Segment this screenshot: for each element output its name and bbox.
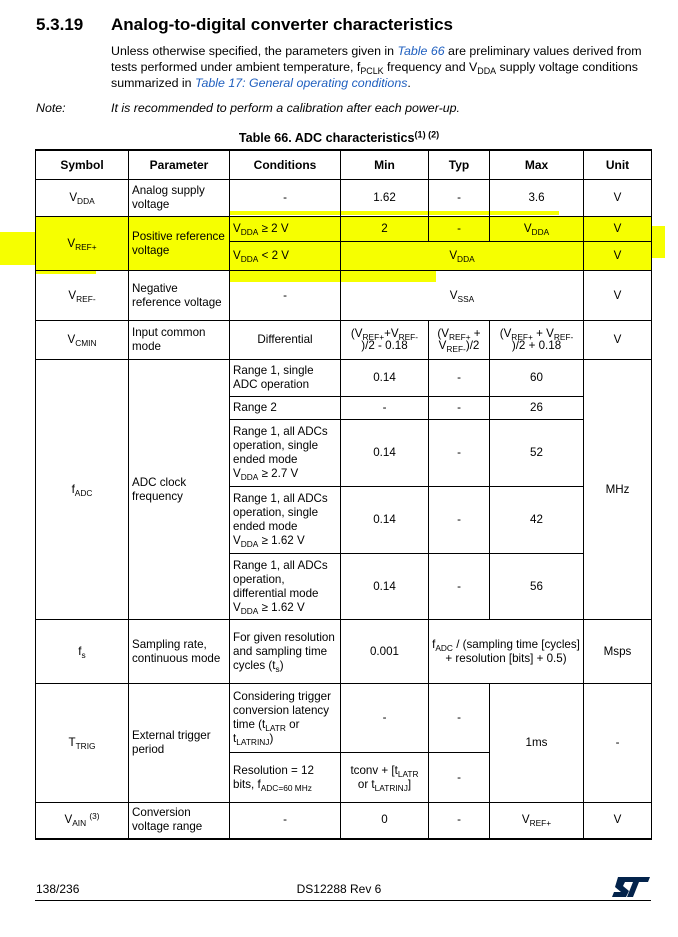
min-cell: - — [341, 684, 429, 753]
max-cell: 56 — [490, 554, 584, 620]
caption-footnotes: (1) (2) — [415, 129, 440, 139]
cond-text: Range 1, all ADCs operation, differentia… — [233, 559, 328, 600]
conditions-cell: For given resolution and sampling time c… — [230, 620, 341, 684]
st-logo-icon — [612, 877, 650, 897]
conditions-cell: - — [230, 271, 341, 321]
typ-cell: - — [429, 217, 490, 242]
typ-cell: - — [429, 487, 490, 554]
table-17-link[interactable]: Table 17: General operating conditions — [195, 76, 407, 90]
note-label: Note: — [36, 101, 66, 115]
section-title: Analog-to-digital converter characterist… — [111, 15, 453, 35]
subscript: DDA — [241, 539, 259, 549]
header-conditions: Conditions — [230, 150, 341, 180]
subscript: DDA — [241, 605, 259, 615]
parameter-cell: External trigger period — [129, 684, 230, 803]
conditions-cell: VDDA ≥ 2 V — [230, 217, 341, 242]
symbol: T — [68, 736, 75, 749]
subscript: DDA — [477, 66, 496, 76]
cond-text: < 2 V — [258, 249, 289, 262]
symbol-cell: VREF- — [36, 271, 129, 321]
cond-text: V — [233, 222, 241, 235]
subscript: LATRINJ — [375, 782, 408, 792]
intro-text: . — [407, 76, 410, 90]
conditions-cell: Range 1, all ADCs operation, single ende… — [230, 420, 341, 487]
cond-text: ) — [269, 732, 273, 745]
cond-text: ≥ 1.62 V — [258, 534, 304, 547]
highlight-mark — [651, 226, 665, 258]
max-cell: 26 — [490, 397, 584, 420]
parameter-cell: Input common mode — [129, 321, 230, 360]
symbol: V — [68, 289, 76, 302]
max-cell: 42 — [490, 487, 584, 554]
note-text: It is recommended to perform a calibrati… — [111, 101, 460, 115]
header-min: Min — [341, 150, 429, 180]
highlight-mark — [0, 232, 36, 265]
subscript: REF- — [76, 293, 95, 303]
min-text: tconv + [t — [350, 764, 397, 777]
symbol: V — [67, 237, 75, 250]
max-cell: VREF+ — [490, 803, 584, 839]
table-row-fadc: fADC ADC clock frequency Range 1, single… — [36, 360, 652, 397]
symbol-cell: VAIN (3) — [36, 803, 129, 839]
unit-cell: V — [584, 180, 652, 217]
intro-paragraph: Unless otherwise specified, the paramete… — [111, 43, 656, 91]
max-text: V — [522, 813, 530, 826]
table-row-fs: fs Sampling rate, continuous mode For gi… — [36, 620, 652, 684]
min-cell: - — [341, 397, 429, 420]
header-unit: Unit — [584, 150, 652, 180]
max-cell: 60 — [490, 360, 584, 397]
min-cell: 0.14 — [341, 554, 429, 620]
header-symbol: Symbol — [36, 150, 129, 180]
cond-text: Range 1, all ADCs operation, single ende… — [233, 425, 328, 466]
symbol-cell: VREF+ — [36, 217, 129, 271]
cond-text: V — [233, 601, 241, 614]
parameter-cell: Conversion voltage range — [129, 803, 230, 839]
value-cell: VDDA — [341, 242, 584, 271]
parameter-cell: Sampling rate, continuous mode — [129, 620, 230, 684]
symbol: V — [69, 191, 77, 204]
table-66-link[interactable]: Table 66 — [398, 44, 445, 58]
symbol-cell: VCMIN — [36, 321, 129, 360]
subscript: DDA — [241, 227, 259, 237]
table-row-vcmin: VCMIN Input common mode Differential (VR… — [36, 321, 652, 360]
typ-cell: - — [429, 180, 490, 217]
max-cell: 3.6 — [490, 180, 584, 217]
min-cell: 1.62 — [341, 180, 429, 217]
conditions-cell: Differential — [230, 321, 341, 360]
typ-cell: - — [429, 360, 490, 397]
cond-text: ) — [280, 659, 284, 672]
subscript: DDA — [77, 196, 95, 206]
table-row-ttrig: TTRIG External trigger period Considerin… — [36, 684, 652, 753]
parameter-cell: Analog supply voltage — [129, 180, 230, 217]
typ-cell: - — [429, 753, 490, 803]
section-number: 5.3.19 — [36, 15, 83, 35]
symbol-cell: VDDA — [36, 180, 129, 217]
symbol-cell: fs — [36, 620, 129, 684]
conditions-cell: Range 1, all ADCs operation, differentia… — [230, 554, 341, 620]
header-parameter: Parameter — [129, 150, 230, 180]
min-cell: 0.001 — [341, 620, 429, 684]
max-cell: 1ms — [490, 684, 584, 803]
min-cell: 2 — [341, 217, 429, 242]
cond-text: V — [233, 467, 241, 480]
subscript: LATRINJ — [236, 737, 269, 747]
cond-text: ≥ 1.62 V — [258, 601, 304, 614]
typ-cell: - — [429, 684, 490, 753]
max-cell: VDDA — [490, 217, 584, 242]
table-row-vain: VAIN (3) Conversion voltage range - 0 - … — [36, 803, 652, 839]
conditions-cell: VDDA < 2 V — [230, 242, 341, 271]
typ-cell: - — [429, 554, 490, 620]
subscript: REF+ — [530, 818, 552, 828]
formula-text: / (sampling time [cycles] + resolution [… — [445, 638, 579, 665]
unit-cell: - — [584, 684, 652, 803]
min-cell: 0.14 — [341, 420, 429, 487]
unit-cell: V — [584, 271, 652, 321]
subscript: ADC=60 MHz — [261, 782, 312, 792]
min-text: or t — [358, 778, 375, 791]
unit-cell: V — [584, 321, 652, 360]
subscript: ADC — [75, 487, 93, 497]
min-cell: 0.14 — [341, 487, 429, 554]
subscript: DDA — [532, 227, 550, 237]
max-text: V — [524, 222, 532, 235]
cond-text: ≥ 2.7 V — [258, 467, 298, 480]
typ-max-cell: fADC / (sampling time [cycles] + resolut… — [429, 620, 584, 684]
table-row-vrefp: VREF+ Positive reference voltage VDDA ≥ … — [36, 217, 652, 242]
subscript: TRIG — [76, 741, 96, 751]
unit-cell: MHz — [584, 360, 652, 620]
conditions-cell: Range 2 — [230, 397, 341, 420]
intro-text: frequency and V — [384, 60, 478, 74]
conditions-cell: Range 1, all ADCs operation, single ende… — [230, 487, 341, 554]
cond-text: For given resolution and sampling time c… — [233, 631, 335, 672]
cond-text: ≥ 2 V — [258, 222, 288, 235]
min-cell: 0.14 — [341, 360, 429, 397]
subscript: s — [82, 649, 86, 659]
conditions-cell: - — [230, 180, 341, 217]
subscript: AIN — [72, 818, 86, 828]
value-text: V — [450, 289, 458, 302]
header-typ: Typ — [429, 150, 490, 180]
cond-text: Range 1, all ADCs operation, single ende… — [233, 492, 328, 533]
min-cell: tconv + [tLATR or tLATRINJ] — [341, 753, 429, 803]
subscript: DDA — [241, 472, 259, 482]
value-cell: VSSA — [341, 271, 584, 321]
table-header-row: Symbol Parameter Conditions Min Typ Max … — [36, 150, 652, 180]
subscript: PCLK — [360, 66, 383, 76]
cond-text: V — [233, 534, 241, 547]
parameter-cell: Positive reference voltage — [129, 217, 230, 271]
parameter-cell: Negative reference voltage — [129, 271, 230, 321]
typ-cell: - — [429, 397, 490, 420]
symbol-cell: TTRIG — [36, 684, 129, 803]
typ-cell: - — [429, 803, 490, 839]
typ-cell: (VREF+ +VREF-)/2 — [429, 321, 490, 360]
unit-cell: V — [584, 242, 652, 271]
table-caption: Table 66. ADC characteristics(1) (2) — [0, 131, 678, 145]
table-row-vrefm: VREF- Negative reference voltage - VSSA … — [36, 271, 652, 321]
document-id: DS12288 Rev 6 — [0, 882, 678, 896]
subscript: DDA — [241, 254, 259, 264]
max-cell: 52 — [490, 420, 584, 487]
subscript: REF+ — [75, 241, 97, 251]
subscript: SSA — [458, 293, 475, 303]
parameter-cell: ADC clock frequency — [129, 360, 230, 620]
min-cell: (VREF++VREF-)/2 - 0.18 — [341, 321, 429, 360]
unit-cell: V — [584, 803, 652, 839]
conditions-cell: Range 1, single ADC operation — [230, 360, 341, 397]
min-cell: 0 — [341, 803, 429, 839]
subscript: DDA — [457, 254, 475, 264]
max-cell: (VREF+ + VREF-)/2 + 0.18 — [490, 321, 584, 360]
unit-cell: Msps — [584, 620, 652, 684]
typ-cell: - — [429, 420, 490, 487]
table-row-vdda: VDDA Analog supply voltage - 1.62 - 3.6 … — [36, 180, 652, 217]
adc-characteristics-table: Symbol Parameter Conditions Min Typ Max … — [35, 149, 652, 840]
footer-divider — [35, 900, 651, 901]
unit-cell: V — [584, 217, 652, 242]
intro-text: Unless otherwise specified, the paramete… — [111, 44, 398, 58]
symbol-cell: fADC — [36, 360, 129, 620]
footnote-ref: (3) — [89, 811, 99, 821]
conditions-cell: Resolution = 12 bits, fADC=60 MHz — [230, 753, 341, 803]
value-text: V — [449, 249, 457, 262]
subscript: CMIN — [75, 338, 96, 348]
caption-text: Table 66. ADC characteristics — [239, 131, 415, 145]
conditions-cell: - — [230, 803, 341, 839]
conditions-cell: Considering trigger conversion latency t… — [230, 684, 341, 753]
header-max: Max — [490, 150, 584, 180]
min-text: ] — [408, 778, 411, 791]
cond-text: V — [233, 249, 241, 262]
